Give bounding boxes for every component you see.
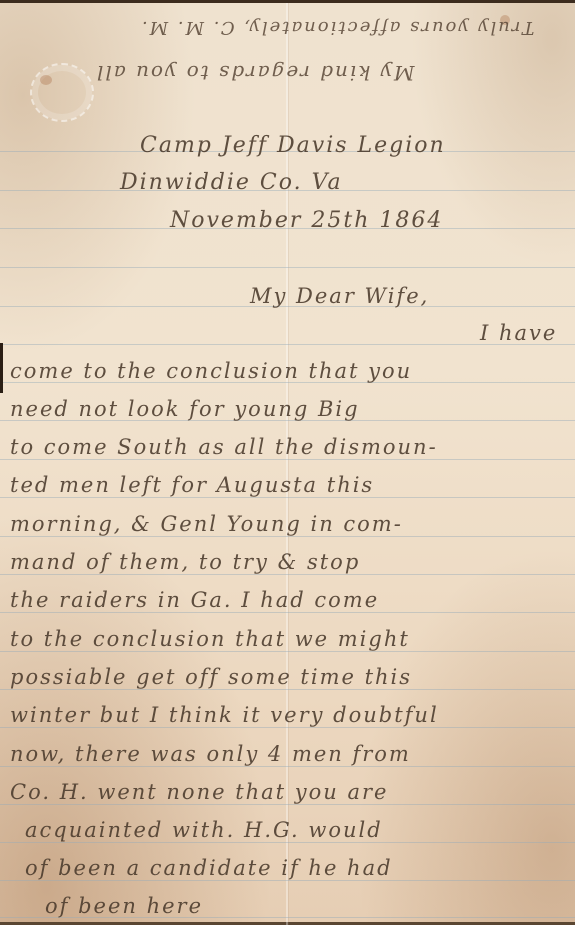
- ink-stain: [40, 75, 52, 85]
- ruled-line: [0, 842, 575, 843]
- ruled-line: [0, 880, 575, 881]
- body-line: winter but I think it very doubtful: [10, 703, 439, 727]
- ruled-line: [0, 651, 575, 652]
- ruled-line: [0, 267, 575, 268]
- embossed-seal-icon: [30, 63, 94, 122]
- body-line: of been here: [45, 894, 203, 918]
- ruled-line: [0, 574, 575, 575]
- ruled-line: [0, 536, 575, 537]
- ruled-line: [0, 497, 575, 498]
- heading-date: November 25th 1864: [170, 208, 443, 233]
- body-line: possiable get off some time this: [10, 665, 412, 689]
- ruled-line: [0, 727, 575, 728]
- body-line: need not look for young Big: [10, 397, 360, 421]
- body-line: of been a candidate if he had: [25, 856, 393, 880]
- body-line: mand of them, to try & stop: [10, 550, 360, 574]
- body-line: Co. H. went none that you are: [10, 780, 389, 804]
- body-line: morning, & Genl Young in com-: [10, 512, 403, 536]
- body-line: come to the conclusion that you: [10, 359, 412, 383]
- ruled-line: [0, 766, 575, 767]
- body-line: now, there was only 4 men from: [10, 742, 411, 766]
- ruled-line: [0, 612, 575, 613]
- postscript-signature: Truly yours affectionately, C. M. M.: [140, 17, 534, 38]
- body-line: acquainted with. H.G. would: [25, 818, 383, 842]
- body-line: the raiders in Ga. I had come: [10, 588, 379, 612]
- salutation: My Dear Wife,: [250, 284, 429, 308]
- ruled-line: [0, 804, 575, 805]
- body-line: to the conclusion that we might: [10, 627, 410, 651]
- body-line: I have: [480, 321, 557, 345]
- ruled-line: [0, 459, 575, 460]
- postscript-line: My kind regards to you all: [95, 61, 415, 85]
- ruled-line: [0, 689, 575, 690]
- paper-edge-shadow: [0, 343, 3, 393]
- heading-place-line1: Camp Jeff Davis Legion: [140, 133, 446, 158]
- letter-page: My kind regards to you all Truly yours a…: [0, 0, 575, 922]
- body-line: to come South as all the dismoun-: [10, 435, 438, 459]
- body-line: ted men left for Augusta this: [10, 473, 374, 497]
- heading-place-line2: Dinwiddie Co. Va: [120, 170, 343, 195]
